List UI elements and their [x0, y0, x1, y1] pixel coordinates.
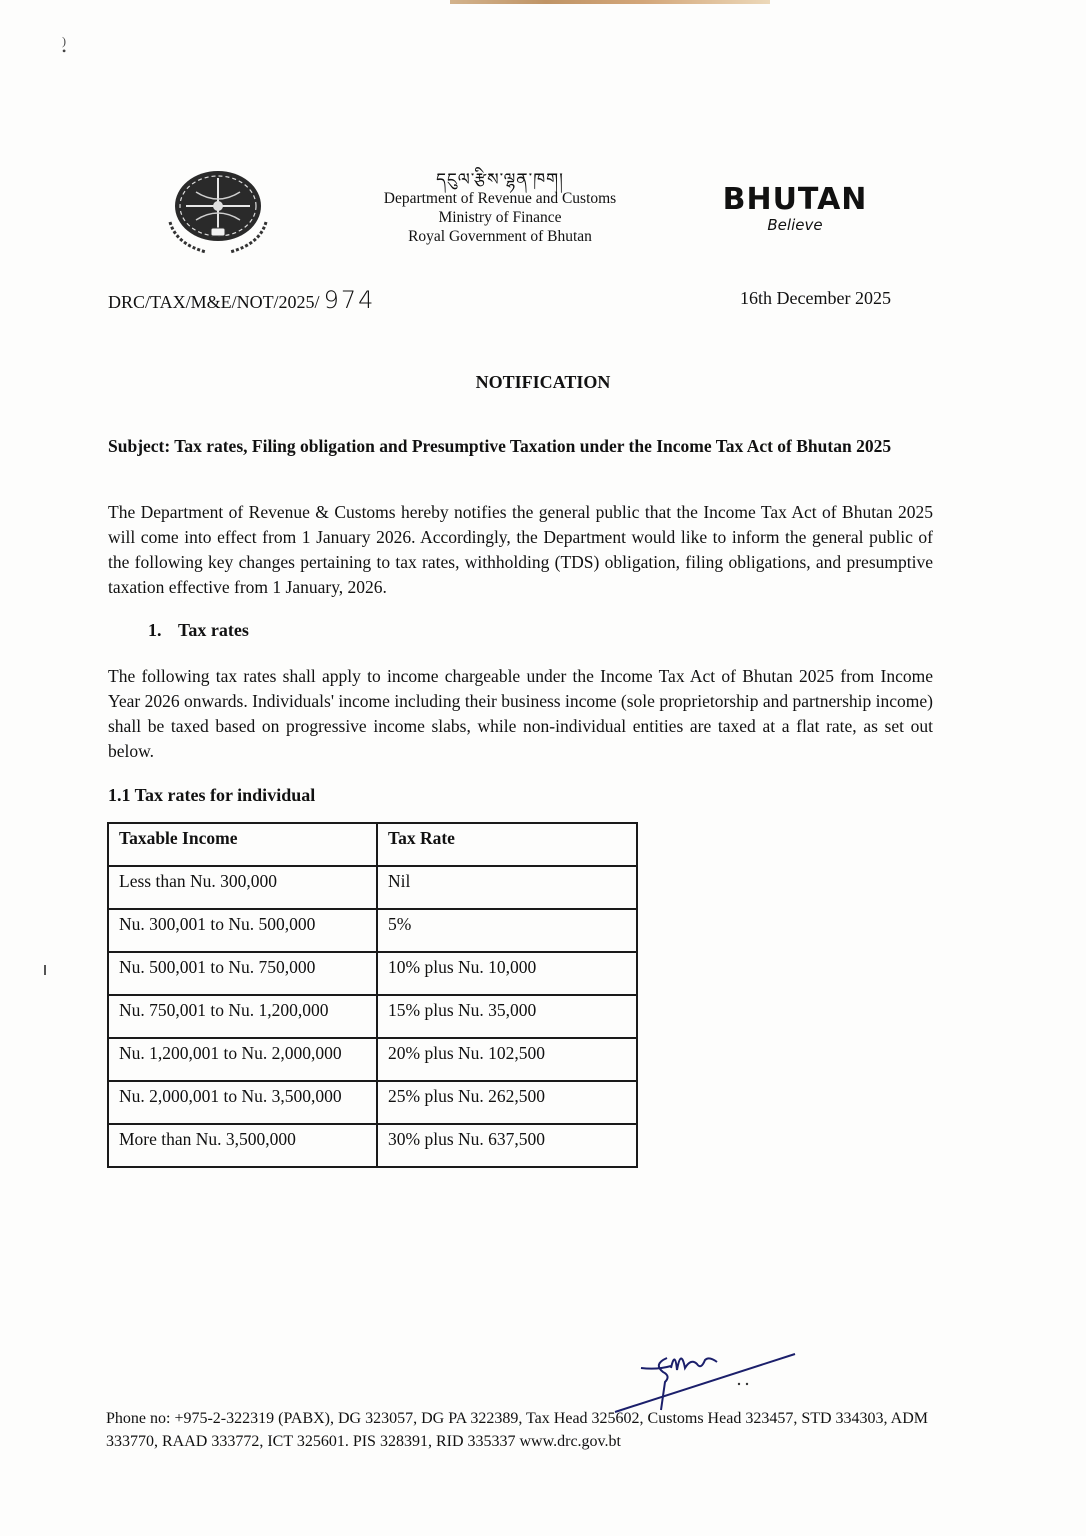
document-date: 16th December 2025 [740, 288, 891, 309]
brand-tagline: Believe [715, 217, 875, 233]
reference-handwritten-number: 974 [324, 286, 376, 314]
dzongkha-department-name: དངུལ་རྩིས་ལྷན་ཁག། [330, 170, 670, 189]
table-row: More than Nu. 3,500,000 30% plus Nu. 637… [108, 1124, 637, 1167]
taxable-income-cell: Less than Nu. 300,000 [108, 866, 377, 909]
section-number: 1. [148, 620, 178, 641]
taxable-income-cell: Nu. 500,001 to Nu. 750,000 [108, 952, 377, 995]
reference-prefix: DRC/TAX/M&E/NOT/2025/ [108, 292, 320, 312]
taxable-income-cell: Nu. 300,001 to Nu. 500,000 [108, 909, 377, 952]
table-row: Nu. 300,001 to Nu. 500,000 5% [108, 909, 637, 952]
tax-rates-table: Taxable Income Tax Rate Less than Nu. 30… [107, 822, 638, 1168]
taxable-income-cell: Nu. 750,001 to Nu. 1,200,000 [108, 995, 377, 1038]
table-row: Nu. 1,200,001 to Nu. 2,000,000 20% plus … [108, 1038, 637, 1081]
table-row: Less than Nu. 300,000 Nil [108, 866, 637, 909]
table-header-row: Taxable Income Tax Rate [108, 823, 637, 866]
section-title: Tax rates [178, 620, 249, 640]
tax-rate-cell: 5% [377, 909, 637, 952]
section-heading-tax-rates: 1.Tax rates [148, 620, 249, 641]
scan-artifact-mark [44, 965, 46, 975]
subsection-heading: 1.1 Tax rates for individual [108, 785, 315, 806]
letterhead-block: དངུལ་རྩིས་ལྷན་ཁག། Department of Revenue … [330, 170, 670, 246]
scan-artifact-mark: )• [62, 36, 66, 56]
department-name: Department of Revenue and Customs [330, 189, 670, 208]
bhutan-emblem-icon [166, 168, 271, 260]
taxable-income-cell: More than Nu. 3,500,000 [108, 1124, 377, 1167]
tax-rate-cell: Nil [377, 866, 637, 909]
subject-line: Subject: Tax rates, Filing obligation an… [108, 434, 933, 459]
brand-title: BHUTAN [715, 183, 875, 217]
table-row: Nu. 750,001 to Nu. 1,200,000 15% plus Nu… [108, 995, 637, 1038]
scan-artifact-top [450, 0, 770, 4]
tax-rates-paragraph: The following tax rates shall apply to i… [108, 664, 933, 764]
tax-rate-cell: 15% plus Nu. 35,000 [377, 995, 637, 1038]
taxable-income-cell: Nu. 1,200,001 to Nu. 2,000,000 [108, 1038, 377, 1081]
table-row: Nu. 500,001 to Nu. 750,000 10% plus Nu. … [108, 952, 637, 995]
government-name: Royal Government of Bhutan [330, 227, 670, 246]
signature-icon [605, 1340, 805, 1415]
reference-number: DRC/TAX/M&E/NOT/2025/974 [108, 286, 375, 314]
tax-rate-cell: 10% plus Nu. 10,000 [377, 952, 637, 995]
ministry-name: Ministry of Finance [330, 208, 670, 227]
taxable-income-cell: Nu. 2,000,001 to Nu. 3,500,000 [108, 1081, 377, 1124]
column-header: Taxable Income [108, 823, 377, 866]
tax-rate-cell: 20% plus Nu. 102,500 [377, 1038, 637, 1081]
footer-contacts: Phone no: +975-2-322319 (PABX), DG 32305… [106, 1407, 936, 1453]
intro-paragraph: The Department of Revenue & Customs here… [108, 500, 933, 600]
column-header: Tax Rate [377, 823, 637, 866]
tax-rate-cell: 30% plus Nu. 637,500 [377, 1124, 637, 1167]
document-title: NOTIFICATION [0, 372, 1086, 393]
tax-rate-cell: 25% plus Nu. 262,500 [377, 1081, 637, 1124]
table-row: Nu. 2,000,001 to Nu. 3,500,000 25% plus … [108, 1081, 637, 1124]
brand-logo: BHUTAN Believe [715, 183, 875, 233]
